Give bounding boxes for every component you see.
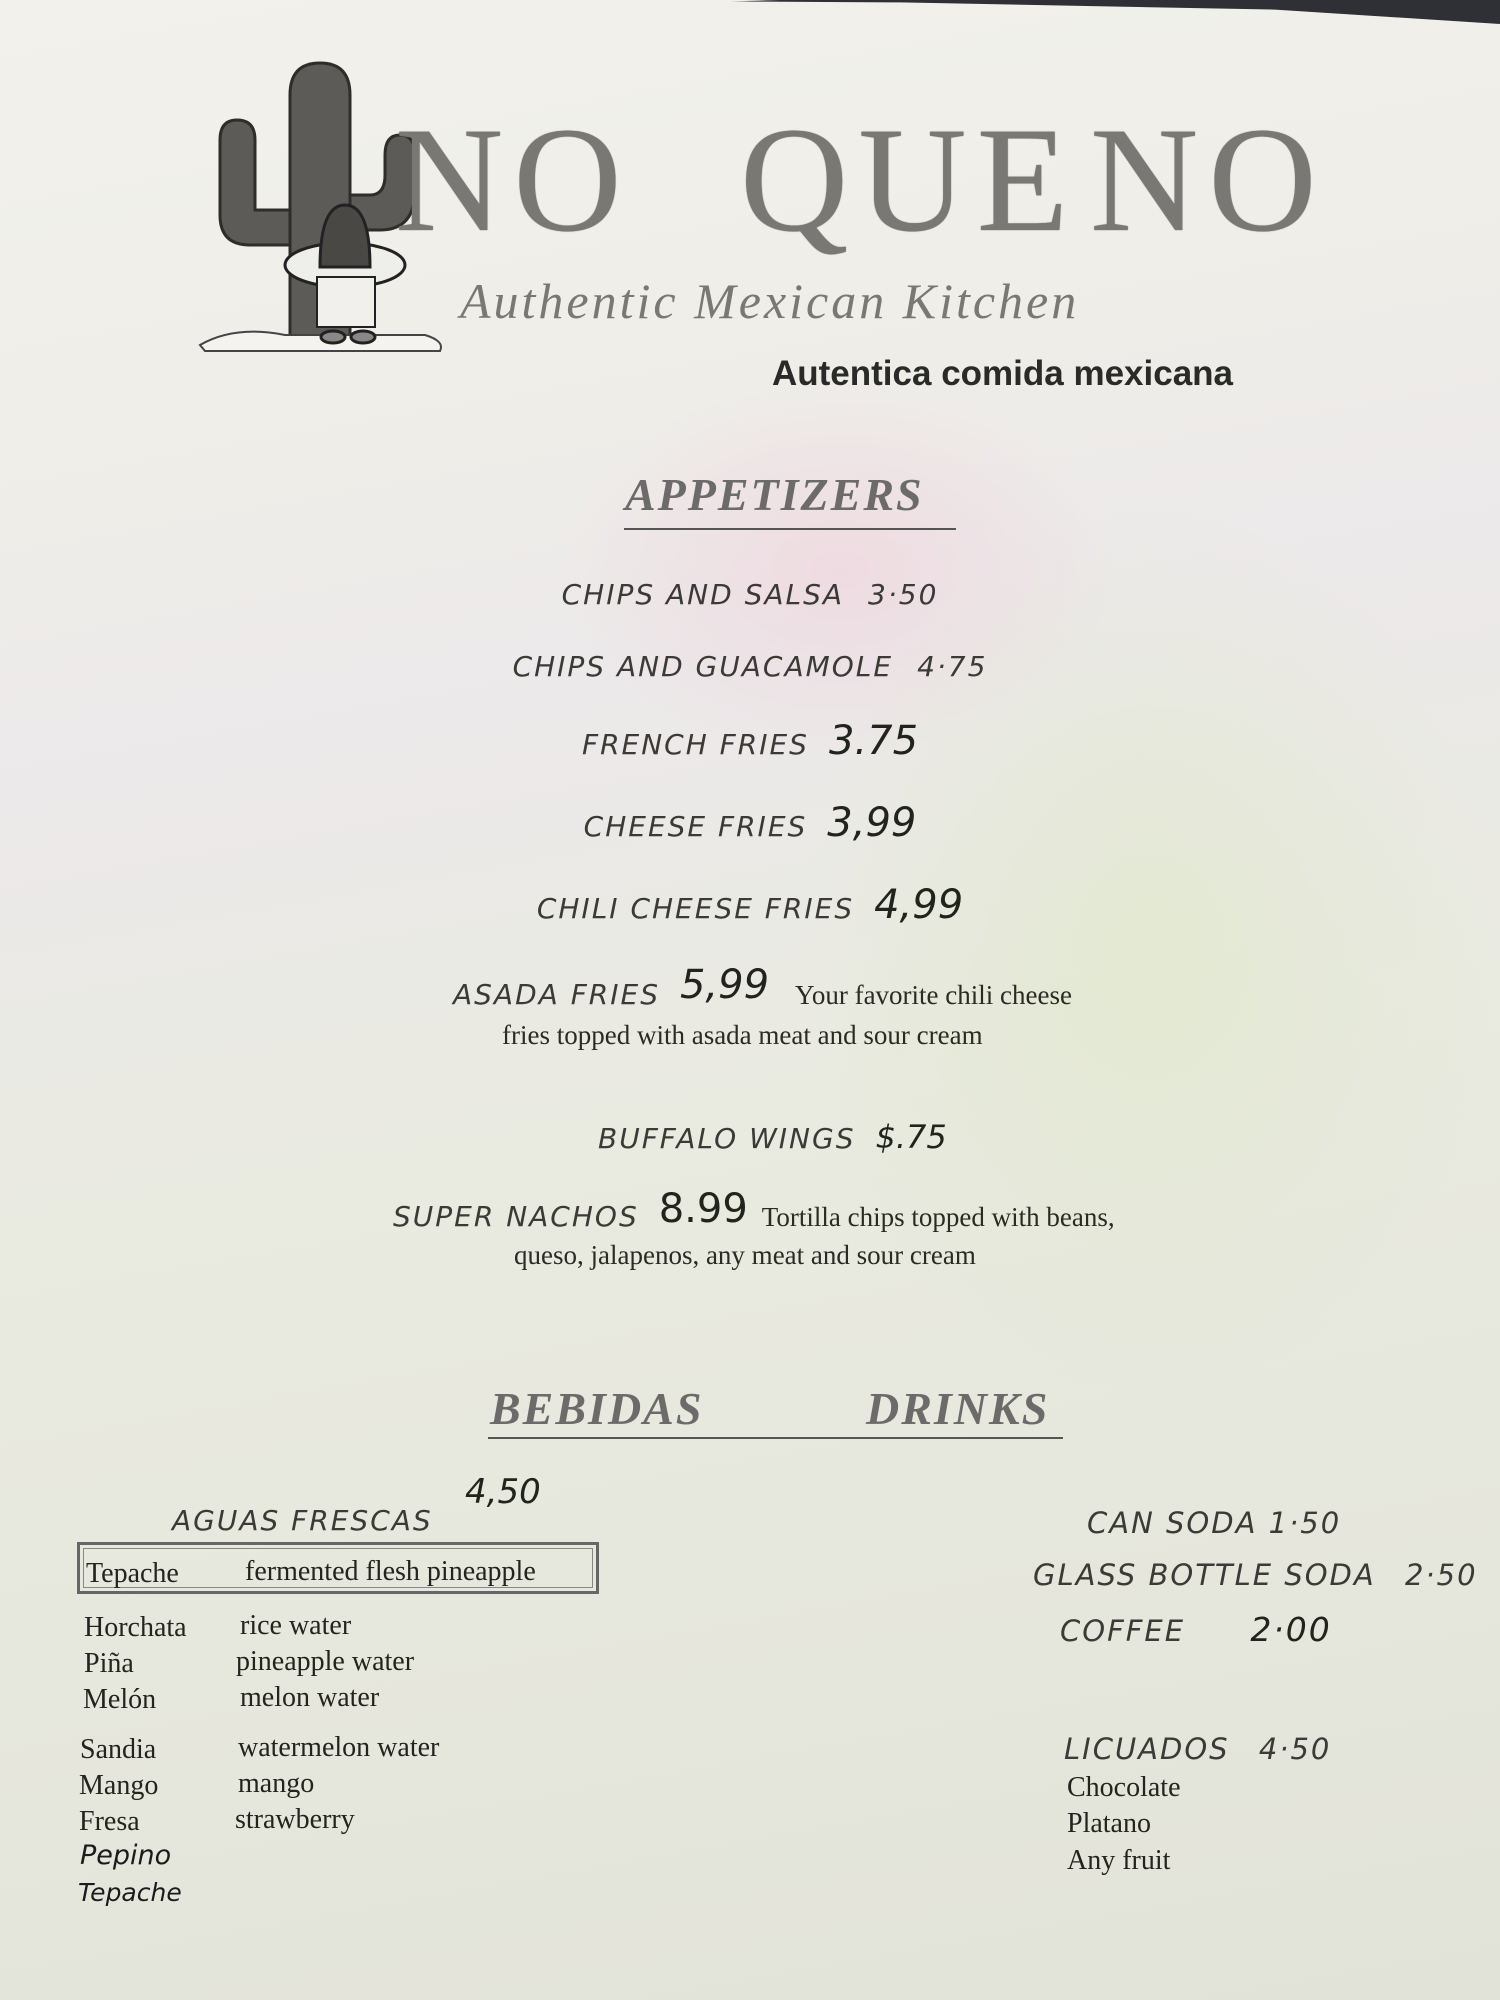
agua-description: pineapple water <box>236 1646 414 1678</box>
restaurant-title-word: QUE <box>740 110 1078 250</box>
menu-item: CHIPS AND SALSA 3·50 <box>0 578 1500 611</box>
item-name: SUPER NACHOS <box>393 1200 639 1233</box>
menu-item: BUFFALO WINGS $.75 <box>598 1118 947 1156</box>
glare <box>560 380 1120 760</box>
heading-underline <box>624 528 956 530</box>
agua-name: Tepache <box>86 1558 179 1590</box>
section-heading-bebidas: BEBIDAS <box>490 1382 703 1435</box>
item-price: $.75 <box>875 1118 946 1156</box>
item-name: GLASS BOTTLE SODA <box>1033 1558 1376 1592</box>
agua-name: Piña <box>84 1648 134 1680</box>
item-price: 8.99 <box>659 1186 748 1232</box>
item-name: COFFEE <box>1060 1614 1185 1648</box>
item-price: 2·00 <box>1250 1610 1331 1649</box>
agua-name: Melón <box>83 1684 156 1716</box>
item-name: CHIPS AND GUACAMOLE <box>513 650 894 683</box>
agua-name: Horchata <box>84 1612 187 1644</box>
item-description: Your favorite chili cheese <box>795 980 1072 1010</box>
restaurant-tagline-es: Autentica comida mexicana <box>772 354 1233 394</box>
item-name: LICUADOS <box>1064 1732 1230 1766</box>
item-name: BUFFALO WINGS <box>598 1122 855 1155</box>
heading-underline <box>488 1437 1063 1439</box>
item-name: CHIPS AND SALSA <box>562 578 844 611</box>
item-price: 3,99 <box>827 800 916 846</box>
item-price: 2·50 <box>1405 1558 1478 1592</box>
menu-item: CHILI CHEESE FRIES 4,99 <box>0 882 1500 928</box>
restaurant-tagline-en: Authentic Mexican Kitchen <box>460 272 1079 330</box>
item-name: FRENCH FRIES <box>582 728 809 761</box>
menu-holder-strap <box>0 0 1500 24</box>
licuado-item: Chocolate <box>1067 1772 1181 1804</box>
item-price: 3.75 <box>829 718 918 764</box>
item-price: 3·50 <box>868 578 938 611</box>
item-description: Tortilla chips topped with beans, <box>762 1202 1115 1232</box>
agua-name-handwritten: Tepache <box>78 1878 182 1907</box>
item-name: CAN SODA <box>1087 1506 1257 1540</box>
item-name: CHILI CHEESE FRIES <box>537 892 854 925</box>
menu-item: CHEESE FRIES 3,99 <box>0 800 1500 846</box>
aguas-frescas-title: AGUAS FRESCAS <box>172 1504 433 1537</box>
item-name: ASADA FRIES <box>453 978 660 1011</box>
aguas-frescas-price: 4,50 <box>465 1472 541 1512</box>
menu-item: SUPER NACHOS 8.99 Tortilla chips topped … <box>393 1186 1115 1233</box>
licuado-item: Any fruit <box>1067 1845 1170 1877</box>
agua-name-handwritten: Pepino <box>80 1840 171 1871</box>
item-price: 4,99 <box>874 882 963 928</box>
item-price: 4·75 <box>917 650 987 683</box>
section-heading-drinks: DRINKS <box>866 1382 1049 1435</box>
restaurant-title-word: NO <box>1090 110 1327 250</box>
menu-item: CHIPS AND GUACAMOLE 4·75 <box>0 650 1500 683</box>
menu-item: ASADA FRIES 5,99 Your favorite chili che… <box>453 962 1072 1011</box>
agua-description: strawberry <box>235 1804 355 1836</box>
menu-item: FRENCH FRIES 3.75 <box>0 718 1500 764</box>
agua-description: melon water <box>240 1682 379 1714</box>
agua-name: Fresa <box>79 1806 140 1838</box>
item-price: 4·50 <box>1259 1732 1332 1766</box>
agua-description: watermelon water <box>238 1732 439 1764</box>
agua-description: rice water <box>240 1610 351 1642</box>
licuado-item: Platano <box>1067 1808 1151 1840</box>
item-description: queso, jalapenos, any meat and sour crea… <box>514 1240 976 1271</box>
drink-item: COFFEE 2·00 <box>1060 1610 1332 1649</box>
item-price: 1·50 <box>1269 1506 1342 1540</box>
item-name: CHEESE FRIES <box>584 810 808 843</box>
restaurant-title-word: NO <box>395 110 632 250</box>
agua-description: mango <box>238 1768 314 1800</box>
agua-name: Mango <box>79 1770 158 1802</box>
agua-name: Sandia <box>80 1734 156 1766</box>
item-description: fries topped with asada meat and sour cr… <box>502 1020 983 1051</box>
drink-item: CAN SODA 1·50 <box>1087 1506 1341 1540</box>
drink-item: GLASS BOTTLE SODA 2·50 <box>1033 1558 1478 1592</box>
section-heading-appetizers: APPETIZERS <box>625 468 924 521</box>
agua-description: fermented flesh pineapple <box>245 1556 536 1588</box>
licuados-heading: LICUADOS 4·50 <box>1064 1732 1331 1766</box>
item-price: 5,99 <box>680 962 769 1008</box>
